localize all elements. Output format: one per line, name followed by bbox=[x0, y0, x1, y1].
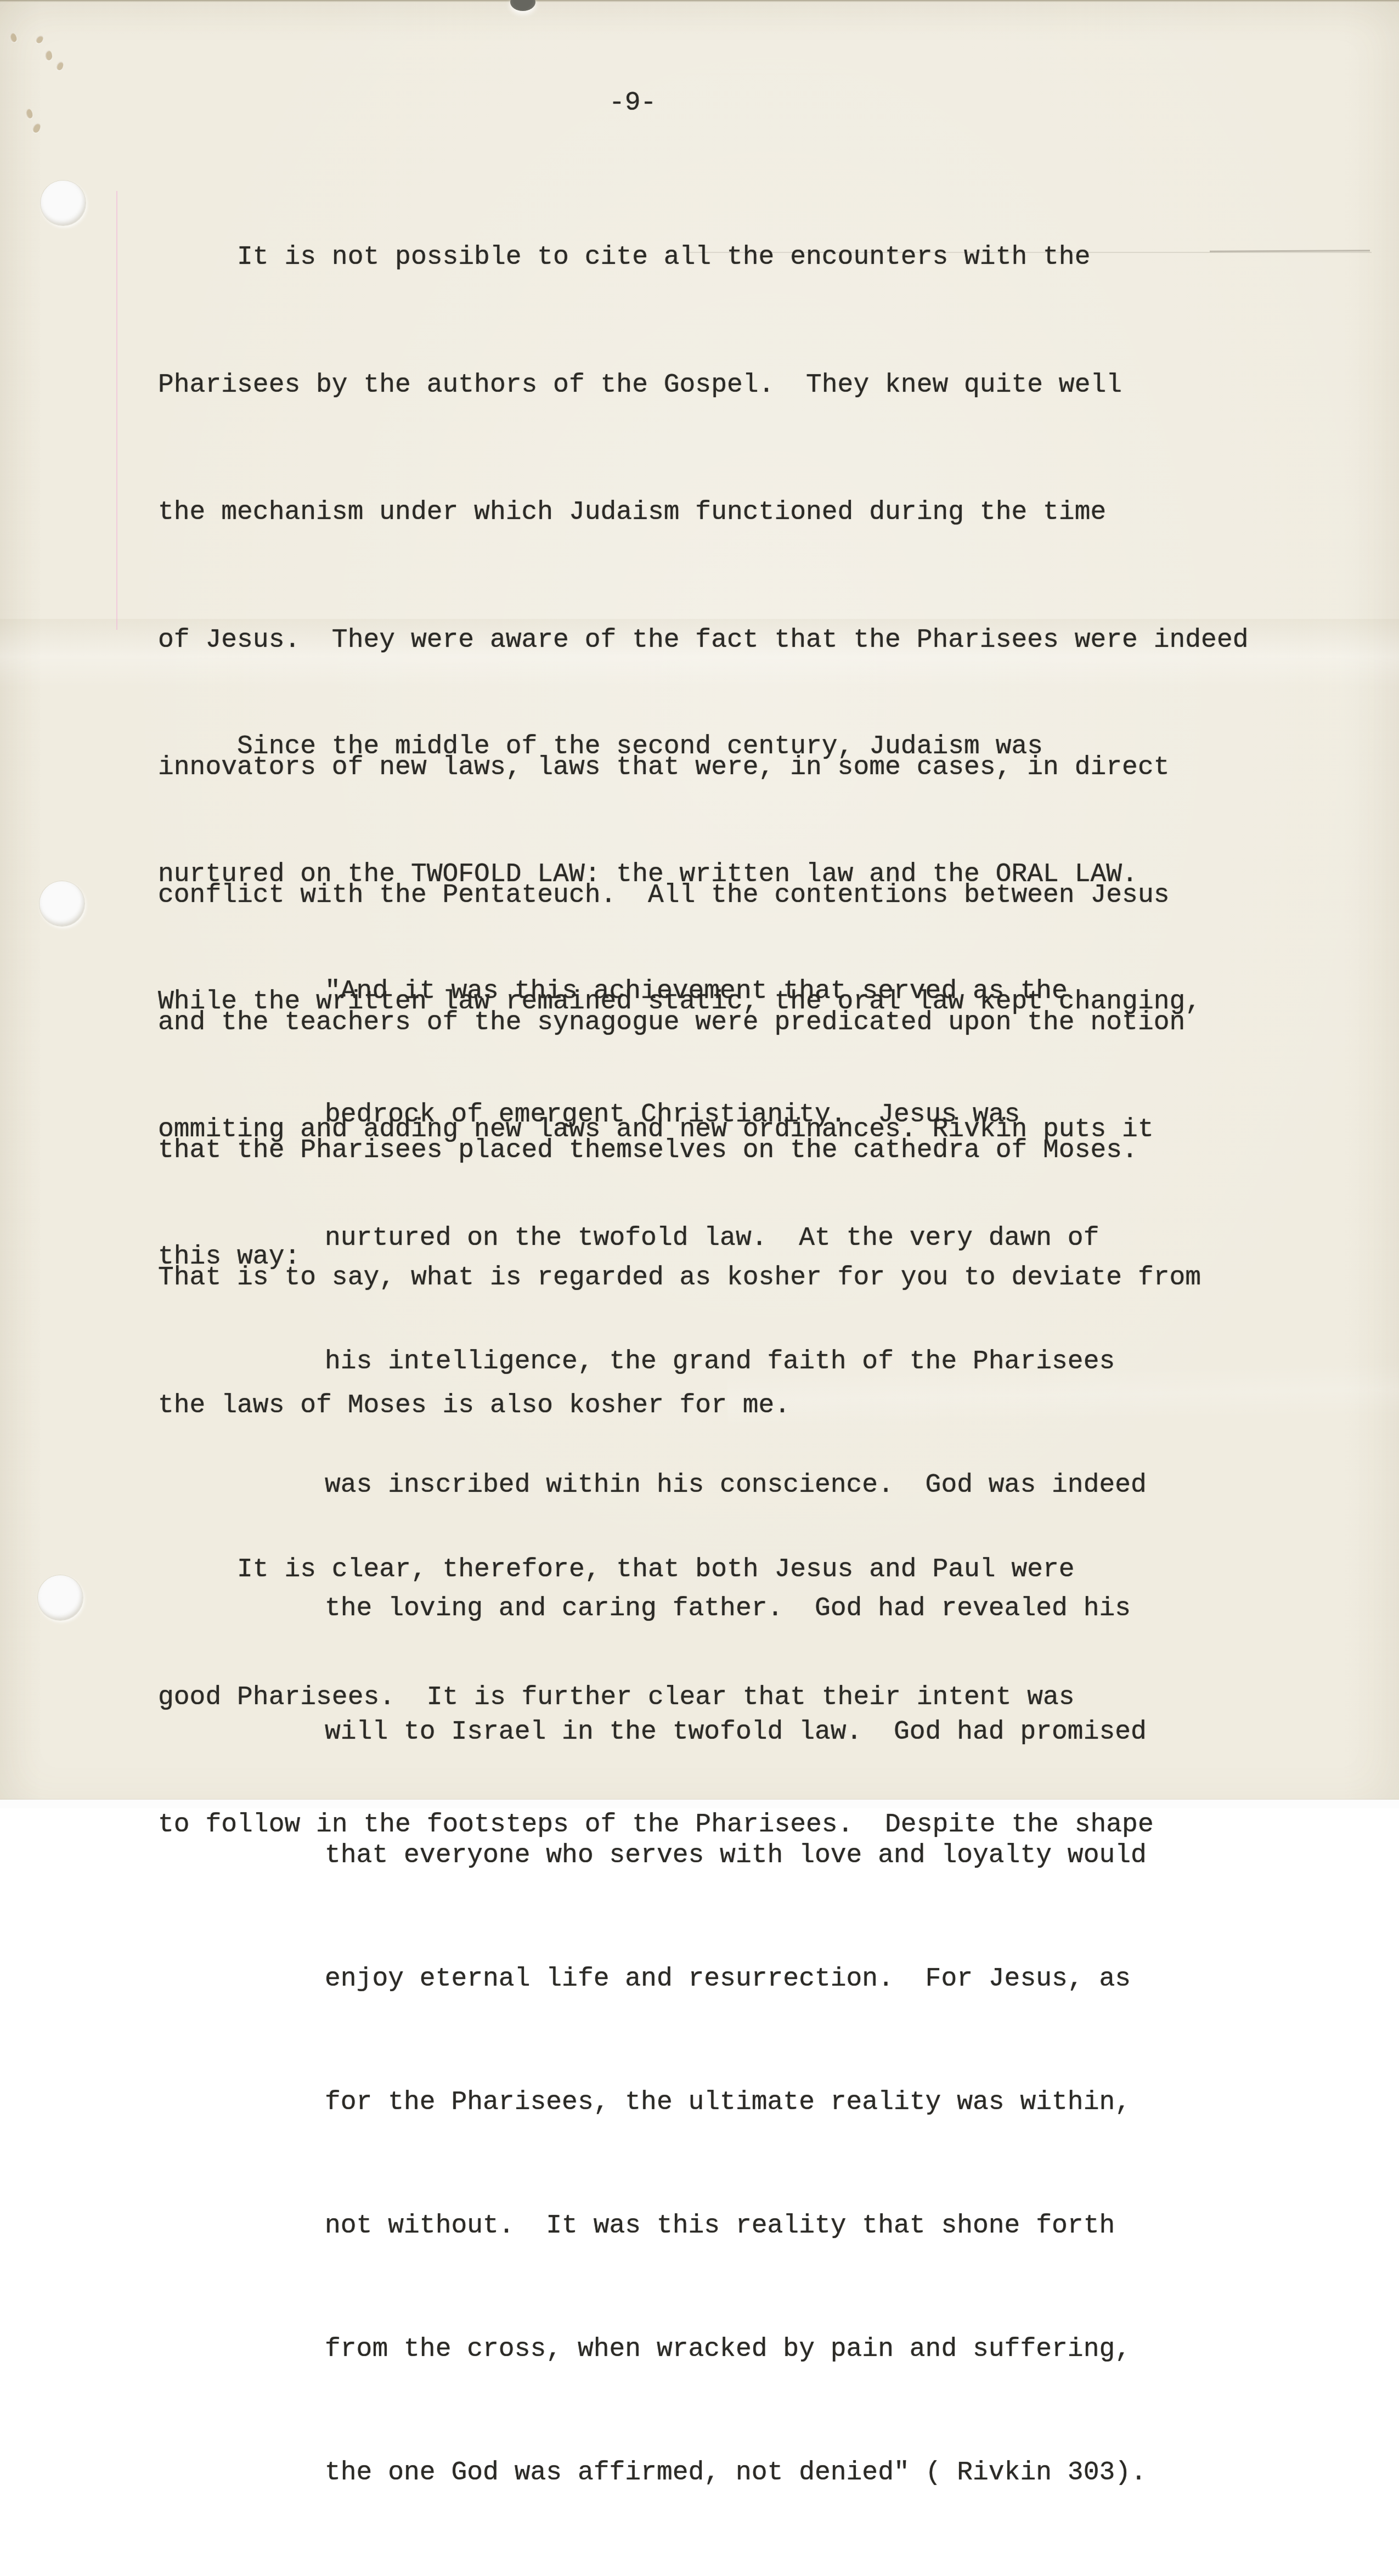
staple-mark bbox=[24, 108, 34, 119]
text-line: to follow in the footsteps of the Pharis… bbox=[158, 1804, 1154, 1808]
text-line: "And it was this achievement that served… bbox=[325, 971, 1147, 1012]
text-line: It is clear, therefore, that both Jesus … bbox=[158, 1549, 1154, 1592]
document-page: -9- It is not possible to cite all the e… bbox=[0, 0, 1399, 1808]
text-line: his intelligence, the grand faith of the… bbox=[325, 1341, 1147, 1383]
text-line: Pharisees by the authors of the Gospel. … bbox=[158, 364, 1249, 407]
text-line: Since the middle of the second century, … bbox=[158, 726, 1201, 769]
punch-hole bbox=[40, 881, 84, 926]
paragraph-3: It is clear, therefore, that both Jesus … bbox=[158, 1464, 1154, 1808]
punch-hole bbox=[38, 1575, 83, 1620]
margin-rule-line bbox=[116, 191, 117, 630]
punch-hole bbox=[41, 181, 86, 226]
text-line: the mechanism under which Judaism functi… bbox=[158, 492, 1249, 534]
staple-mark bbox=[44, 50, 53, 61]
scan-edge-top bbox=[0, 0, 1399, 2]
staple-mark bbox=[32, 122, 41, 134]
text-line: nurtured on the twofold law. At the very… bbox=[325, 1218, 1147, 1259]
text-line: good Pharisees. It is further clear that… bbox=[158, 1677, 1154, 1720]
staple-notch bbox=[510, 0, 535, 11]
staple-mark bbox=[35, 34, 44, 44]
staple-mark bbox=[8, 32, 19, 43]
text-line: It is not possible to cite all the encou… bbox=[158, 236, 1249, 279]
text-line: bedrock of emergent Christianity. Jesus … bbox=[325, 1095, 1147, 1136]
staple-mark bbox=[56, 61, 64, 71]
page-number: -9- bbox=[609, 87, 656, 120]
